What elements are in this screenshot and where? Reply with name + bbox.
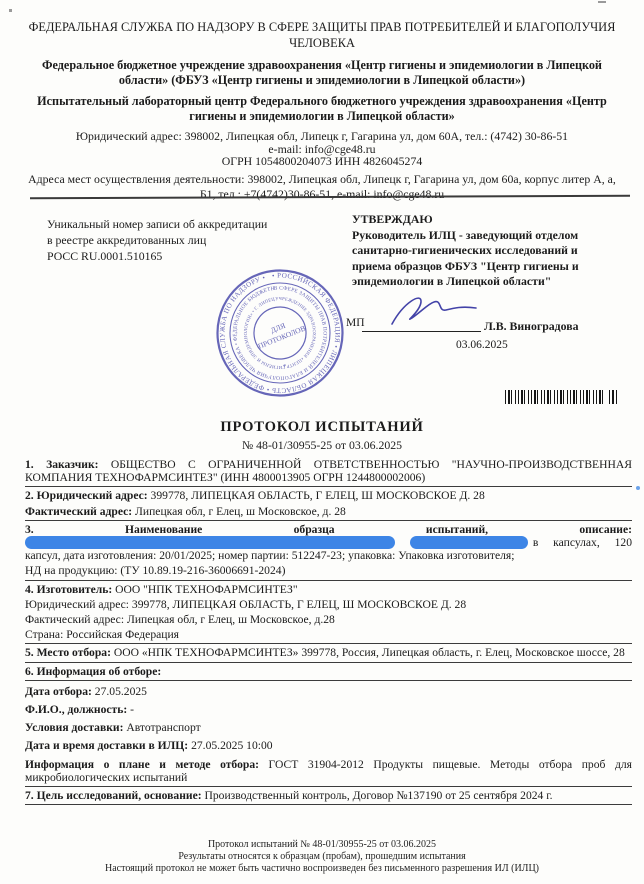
letterhead: ФЕДЕРАЛЬНАЯ СЛУЖБА ПО НАДЗОРУ В СФЕРЕ ЗА… [28, 20, 616, 202]
footer-results-note: Результаты относятся к образцам (пробам)… [0, 851, 644, 863]
row-label: 2. Юридический адрес: [25, 489, 148, 502]
accreditation-line: в реестре аккредитованных лиц [47, 232, 267, 248]
legal-address: Юридический адрес: 398002, Липецкая обл,… [28, 130, 616, 143]
row-value: - [130, 703, 134, 716]
barcode [505, 390, 603, 404]
mp-label: МП [346, 317, 365, 329]
signature-line [362, 331, 481, 332]
approval-title: УТВЕРЖДАЮ [352, 212, 616, 228]
row-value: Страна: Российская Федерация [25, 628, 179, 641]
redaction-bar [410, 536, 528, 549]
approval-block: УТВЕРЖДАЮ Руководитель ИЛЦ - заведующий … [352, 212, 616, 290]
accreditation-number: РОСС RU.0001.510165 [47, 248, 267, 264]
row-value: ООО «НПК ТЕХНОФАРМСИНТЕЗ» 399778, Россия… [114, 646, 625, 659]
row-sample-name: 3. Наименование образца испытаний, описа… [25, 523, 632, 564]
accreditation-line: Уникальный номер записи об аккредитации [47, 216, 267, 232]
row-label: 5. Место отбора: [25, 646, 111, 659]
footer-reproduction-note: Настоящий протокол не может быть частичн… [0, 863, 644, 875]
row-label: 7. Цель исследований, основание: [25, 789, 202, 802]
row-sampling-info-header: 6. Информация об отборе: [25, 665, 632, 681]
row-customer: 1. Заказчик: ОБЩЕСТВО С ОГРАНИЧЕННОЙ ОТВ… [25, 458, 632, 487]
row-value: 27.05.2025 10:00 [191, 739, 272, 752]
row-sampling-method: Информация о плане и методе отбора: ГОСТ… [25, 758, 632, 787]
row-label: Ф.И.О., должность: [25, 703, 127, 716]
row-label: Дата отбора: [25, 685, 92, 698]
row-value: ООО "НПК ТЕХНОФАРМСИНТЕЗ" [115, 583, 297, 596]
document-title: ПРОТОКОЛ ИСПЫТАНИЙ [0, 419, 644, 436]
row-value: Липецкая обл, г Елец, ш Московское, д. 2… [135, 505, 346, 518]
row-manufacturer: 4. Изготовитель: ООО "НПК ТЕХНОФАРМСИНТЕ… [25, 583, 632, 597]
document-number: № 48-01/30955-25 от 03.06.2025 [0, 438, 644, 453]
org-name: Федеральное бюджетное учреждение здравоо… [28, 58, 616, 88]
row-value: ОБЩЕСТВО С ОГРАНИЧЕННОЙ ОТВЕТСТВЕННОСТЬЮ… [25, 458, 632, 484]
lab-center-name: Испытательный лабораторный центр Федерал… [28, 94, 616, 124]
signature-icon [388, 290, 480, 334]
row-sampling-date: Дата отбора: 27.05.2025 [25, 685, 632, 699]
row-value: 399778, ЛИПЕЦКАЯ ОБЛАСТЬ, Г ЕЛЕЦ, Ш МОСК… [151, 489, 485, 502]
document-title-block: ПРОТОКОЛ ИСПЫТАНИЙ № 48-01/30955-25 от 0… [0, 419, 644, 453]
row-value: 27.05.2025 [95, 685, 147, 698]
accreditation-block: Уникальный номер записи об аккредитации … [47, 216, 267, 264]
row-label: Фактический адрес: [25, 505, 132, 518]
approval-date: 03.06.2025 [456, 339, 508, 351]
row-value: Фактический адрес: Липецкая обл, г Елец,… [25, 613, 335, 626]
protocol-body: 1. Заказчик: ОБЩЕСТВО С ОГРАНИЧЕННОЙ ОТВ… [25, 458, 632, 807]
agency-name: ФЕДЕРАЛЬНАЯ СЛУЖБА ПО НАДЗОРУ В СФЕРЕ ЗА… [28, 20, 616, 51]
footer-protocol-number: Протокол испытаний № 48-01/30955-25 от 0… [0, 839, 644, 851]
row-manufacturer-actual-address: Фактический адрес: Липецкая обл, г Елец,… [25, 613, 632, 627]
redaction-bar [25, 536, 395, 549]
scan-speck [598, 1, 606, 3]
row-label: Дата и время доставки в ИЛЦ: [25, 739, 188, 752]
row-value: Производственный контроль, Договор №1371… [205, 789, 553, 802]
row-delivery-conditions: Условия доставки: Автотранспорт [25, 721, 632, 735]
row-label: Условия доставки: [25, 721, 123, 734]
row-legal-address: 2. Юридический адрес: 399778, ЛИПЕЦКАЯ О… [25, 489, 632, 503]
row-purpose: 7. Цель исследований, основание: Произво… [25, 789, 632, 805]
row-actual-address: Фактический адрес: Липецкая обл, г Елец,… [25, 505, 632, 521]
signer-name: Л.В. Виноградова [484, 319, 579, 334]
row-country: Страна: Российская Федерация [25, 628, 632, 644]
row-label: 6. Информация об отборе: [25, 665, 161, 678]
row-label: 3. Наименование образца испытаний, описа… [25, 523, 632, 536]
row-nd-product: НД на продукцию: (ТУ 10.89.19-216-360066… [25, 564, 632, 580]
round-stamp-icon: • РОССИЙСКАЯ ФЕДЕРАЦИЯ • ЛИПЕЦКАЯ ОБЛАСТ… [212, 265, 348, 401]
approval-position: Руководитель ИЛЦ - заведующий отделом са… [352, 228, 616, 290]
row-label: 4. Изготовитель: [25, 583, 112, 596]
page-footer: Протокол испытаний № 48-01/30955-25 от 0… [0, 839, 644, 874]
row-label: 1. Заказчик: [25, 458, 98, 471]
header-ogrn-inn: ОГРН 1054800204073 ИНН 4826045274 [28, 155, 616, 168]
row-value: НД на продукцию: (ТУ 10.89.19-216-360066… [25, 564, 285, 577]
row-delivery-datetime: Дата и время доставки в ИЛЦ: 27.05.2025 … [25, 739, 632, 753]
row-manufacturer-legal-address: Юридический адрес: 399778, ЛИПЕЦКАЯ ОБЛА… [25, 598, 632, 612]
scan-speck [636, 486, 640, 490]
row-fio: Ф.И.О., должность: - [25, 703, 632, 717]
row-value: Юридический адрес: 399778, ЛИПЕЦКАЯ ОБЛА… [25, 598, 466, 611]
protocol-document: ФЕДЕРАЛЬНАЯ СЛУЖБА ПО НАДЗОРУ В СФЕРЕ ЗА… [0, 0, 644, 884]
row-value: Автотранспорт [126, 721, 200, 734]
scan-speck [9, 9, 12, 12]
row-label: Информация о плане и методе отбора: [25, 758, 259, 771]
row-sampling-place: 5. Место отбора: ООО «НПК ТЕХНОФАРМСИНТЕ… [25, 646, 632, 662]
